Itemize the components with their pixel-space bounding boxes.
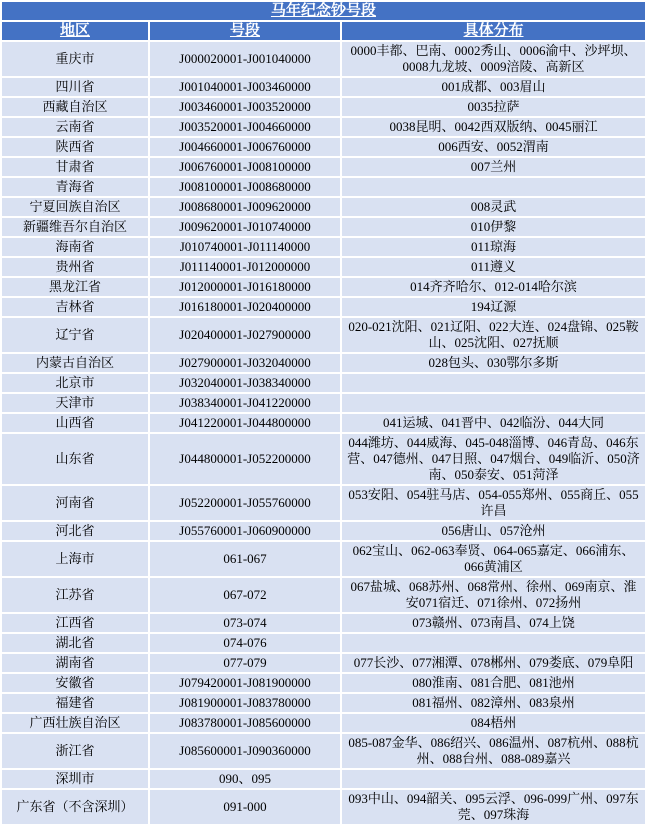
distribution-cell: 008灵武 xyxy=(341,197,645,217)
distribution-cell xyxy=(341,177,645,197)
table-row: 湖南省077-079077长沙、077湘潭、078郴州、079娄底、079阜阳 xyxy=(1,653,645,673)
region-cell: 云南省 xyxy=(1,117,149,137)
table-row: 江苏省067-072067盐城、068苏州、068常州、徐州、069南京、淮安0… xyxy=(1,577,645,613)
segment-cell: J001040001-J003460000 xyxy=(149,77,341,97)
region-cell: 甘肃省 xyxy=(1,157,149,177)
table-row: 北京市J032040001-J038340000 xyxy=(1,373,645,393)
segment-cell: 061-067 xyxy=(149,541,341,577)
region-cell: 西藏自治区 xyxy=(1,97,149,117)
distribution-cell: 073赣州、073南昌、074上饶 xyxy=(341,613,645,633)
table-row: 深圳市090、095 xyxy=(1,769,645,789)
distribution-cell: 056唐山、057沧州 xyxy=(341,521,645,541)
distribution-cell: 062宝山、062-063奉贤、064-065嘉定、066浦东、066黄浦区 xyxy=(341,541,645,577)
segment-cell: J081900001-J083780000 xyxy=(149,693,341,713)
distribution-cell: 0038昆明、0042西双版纳、0045丽江 xyxy=(341,117,645,137)
table-row: 四川省J001040001-J003460000001成都、003眉山 xyxy=(1,77,645,97)
segment-cell: J052200001-J055760000 xyxy=(149,485,341,521)
segment-cell: J003460001-J003520000 xyxy=(149,97,341,117)
region-cell: 四川省 xyxy=(1,77,149,97)
table-row: 辽宁省J020400001-J027900000020-021沈阳、021辽阳、… xyxy=(1,317,645,353)
distribution-cell: 006西安、0052渭南 xyxy=(341,137,645,157)
region-cell: 安徽省 xyxy=(1,673,149,693)
table-row: 湖北省074-076 xyxy=(1,633,645,653)
table-row: 浙江省J085600001-J090360000085-087金华、086绍兴、… xyxy=(1,733,645,769)
table-row: 山西省J041220001-J044800000041运城、041晋中、042临… xyxy=(1,413,645,433)
region-cell: 广西壮族自治区 xyxy=(1,713,149,733)
table-row: 重庆市J000020001-J0010400000000丰都、巴南、0002秀山… xyxy=(1,41,645,77)
region-cell: 福建省 xyxy=(1,693,149,713)
distribution-cell: 067盐城、068苏州、068常州、徐州、069南京、淮安071宿迁、071徐州… xyxy=(341,577,645,613)
distribution-cell: 053安阳、054驻马店、054-055郑州、055商丘、055许昌 xyxy=(341,485,645,521)
segment-cell: J032040001-J038340000 xyxy=(149,373,341,393)
distribution-cell: 084梧州 xyxy=(341,713,645,733)
distribution-cell xyxy=(341,373,645,393)
table-body: 重庆市J000020001-J0010400000000丰都、巴南、0002秀山… xyxy=(1,41,645,825)
banknote-number-table: 马年纪念钞号段 地区 号段 具体分布 重庆市J000020001-J001040… xyxy=(0,0,645,826)
column-header-distribution: 具体分布 xyxy=(341,21,645,41)
segment-cell: J041220001-J044800000 xyxy=(149,413,341,433)
segment-cell: J010740001-J011140000 xyxy=(149,237,341,257)
segment-cell: J008680001-J009620000 xyxy=(149,197,341,217)
region-cell: 内蒙古自治区 xyxy=(1,353,149,373)
table-row: 天津市J038340001-J041220000 xyxy=(1,393,645,413)
page: 马年纪念钞号段 地区 号段 具体分布 重庆市J000020001-J001040… xyxy=(0,0,645,826)
segment-cell: J038340001-J041220000 xyxy=(149,393,341,413)
segment-cell: J003520001-J004660000 xyxy=(149,117,341,137)
distribution-cell: 028包头、030鄂尔多斯 xyxy=(341,353,645,373)
distribution-cell: 010伊黎 xyxy=(341,217,645,237)
region-cell: 吉林省 xyxy=(1,297,149,317)
distribution-cell: 194辽源 xyxy=(341,297,645,317)
segment-cell: J044800001-J052200000 xyxy=(149,433,341,485)
table-row: 新疆维吾尔自治区J009620001-J010740000010伊黎 xyxy=(1,217,645,237)
region-cell: 山西省 xyxy=(1,413,149,433)
segment-cell: 090、095 xyxy=(149,769,341,789)
table-row: 吉林省J016180001-J020400000194辽源 xyxy=(1,297,645,317)
distribution-cell: 041运城、041晋中、042临汾、044大同 xyxy=(341,413,645,433)
region-cell: 河南省 xyxy=(1,485,149,521)
region-cell: 江西省 xyxy=(1,613,149,633)
table-row: 安徽省J079420001-J081900000080淮南、081合肥、081池… xyxy=(1,673,645,693)
distribution-cell: 093中山、094韶关、095云浮、096-099广州、097东莞、097珠海 xyxy=(341,789,645,825)
region-cell: 山东省 xyxy=(1,433,149,485)
distribution-cell: 001成都、003眉山 xyxy=(341,77,645,97)
region-cell: 北京市 xyxy=(1,373,149,393)
region-cell: 湖南省 xyxy=(1,653,149,673)
region-cell: 新疆维吾尔自治区 xyxy=(1,217,149,237)
header-row: 地区 号段 具体分布 xyxy=(1,21,645,41)
region-cell: 贵州省 xyxy=(1,257,149,277)
distribution-cell: 044潍坊、044威海、045-048淄博、046青岛、046东营、047德州、… xyxy=(341,433,645,485)
distribution-cell: 077长沙、077湘潭、078郴州、079娄底、079阜阳 xyxy=(341,653,645,673)
region-cell: 浙江省 xyxy=(1,733,149,769)
column-header-region: 地区 xyxy=(1,21,149,41)
distribution-cell: 011琼海 xyxy=(341,237,645,257)
region-cell: 湖北省 xyxy=(1,633,149,653)
table-row: 甘肃省J006760001-J008100000007兰州 xyxy=(1,157,645,177)
region-cell: 宁夏回族自治区 xyxy=(1,197,149,217)
segment-cell: 077-079 xyxy=(149,653,341,673)
table-row: 西藏自治区J003460001-J0035200000035拉萨 xyxy=(1,97,645,117)
distribution-cell xyxy=(341,393,645,413)
table-row: 陕西省J004660001-J006760000006西安、0052渭南 xyxy=(1,137,645,157)
segment-cell: J008100001-J008680000 xyxy=(149,177,341,197)
segment-cell: 074-076 xyxy=(149,633,341,653)
region-cell: 青海省 xyxy=(1,177,149,197)
region-cell: 陕西省 xyxy=(1,137,149,157)
segment-cell: J016180001-J020400000 xyxy=(149,297,341,317)
segment-cell: J083780001-J085600000 xyxy=(149,713,341,733)
region-cell: 海南省 xyxy=(1,237,149,257)
distribution-cell xyxy=(341,769,645,789)
table-row: 福建省J081900001-J083780000081福州、082漳州、083泉… xyxy=(1,693,645,713)
distribution-cell: 007兰州 xyxy=(341,157,645,177)
segment-cell: J004660001-J006760000 xyxy=(149,137,341,157)
distribution-cell: 085-087金华、086绍兴、086温州、087杭州、088杭州、088台州、… xyxy=(341,733,645,769)
table-row: 云南省J003520001-J0046600000038昆明、0042西双版纳、… xyxy=(1,117,645,137)
segment-cell: 067-072 xyxy=(149,577,341,613)
distribution-cell: 020-021沈阳、021辽阳、022大连、024盘锦、025鞍山、025沈阳、… xyxy=(341,317,645,353)
column-header-segment: 号段 xyxy=(149,21,341,41)
title-row: 马年纪念钞号段 xyxy=(1,1,645,21)
table-title: 马年纪念钞号段 xyxy=(1,1,645,21)
distribution-cell: 081福州、082漳州、083泉州 xyxy=(341,693,645,713)
table-row: 河南省J052200001-J055760000053安阳、054驻马店、054… xyxy=(1,485,645,521)
segment-cell: J085600001-J090360000 xyxy=(149,733,341,769)
distribution-cell: 080淮南、081合肥、081池州 xyxy=(341,673,645,693)
segment-cell: J011140001-J012000000 xyxy=(149,257,341,277)
table-row: 黑龙江省J012000001-J016180000014齐齐哈尔、012-014… xyxy=(1,277,645,297)
distribution-cell: 014齐齐哈尔、012-014哈尔滨 xyxy=(341,277,645,297)
segment-cell: J006760001-J008100000 xyxy=(149,157,341,177)
region-cell: 天津市 xyxy=(1,393,149,413)
segment-cell: J020400001-J027900000 xyxy=(149,317,341,353)
table-row: 青海省J008100001-J008680000 xyxy=(1,177,645,197)
region-cell: 辽宁省 xyxy=(1,317,149,353)
table-row: 海南省J010740001-J011140000011琼海 xyxy=(1,237,645,257)
region-cell: 广东省（不含深圳） xyxy=(1,789,149,825)
table-row: 上海市061-067062宝山、062-063奉贤、064-065嘉定、066浦… xyxy=(1,541,645,577)
segment-cell: J009620001-J010740000 xyxy=(149,217,341,237)
table-row: 广东省（不含深圳）091-000093中山、094韶关、095云浮、096-09… xyxy=(1,789,645,825)
region-cell: 黑龙江省 xyxy=(1,277,149,297)
segment-cell: J079420001-J081900000 xyxy=(149,673,341,693)
segment-cell: J027900001-J032040000 xyxy=(149,353,341,373)
table-row: 江西省073-074073赣州、073南昌、074上饶 xyxy=(1,613,645,633)
distribution-cell xyxy=(341,633,645,653)
distribution-cell: 011遵义 xyxy=(341,257,645,277)
region-cell: 深圳市 xyxy=(1,769,149,789)
region-cell: 江苏省 xyxy=(1,577,149,613)
table-row: 河北省J055760001-J060900000056唐山、057沧州 xyxy=(1,521,645,541)
table-row: 宁夏回族自治区J008680001-J009620000008灵武 xyxy=(1,197,645,217)
segment-cell: J012000001-J016180000 xyxy=(149,277,341,297)
segment-cell: 091-000 xyxy=(149,789,341,825)
table-row: 贵州省J011140001-J012000000011遵义 xyxy=(1,257,645,277)
segment-cell: 073-074 xyxy=(149,613,341,633)
region-cell: 重庆市 xyxy=(1,41,149,77)
distribution-cell: 0035拉萨 xyxy=(341,97,645,117)
distribution-cell: 0000丰都、巴南、0002秀山、0006渝中、沙坪坝、0008九龙坡、0009… xyxy=(341,41,645,77)
table-row: 广西壮族自治区J083780001-J085600000084梧州 xyxy=(1,713,645,733)
table-row: 山东省J044800001-J052200000044潍坊、044威海、045-… xyxy=(1,433,645,485)
region-cell: 河北省 xyxy=(1,521,149,541)
segment-cell: J055760001-J060900000 xyxy=(149,521,341,541)
region-cell: 上海市 xyxy=(1,541,149,577)
table-row: 内蒙古自治区J027900001-J032040000028包头、030鄂尔多斯 xyxy=(1,353,645,373)
segment-cell: J000020001-J001040000 xyxy=(149,41,341,77)
